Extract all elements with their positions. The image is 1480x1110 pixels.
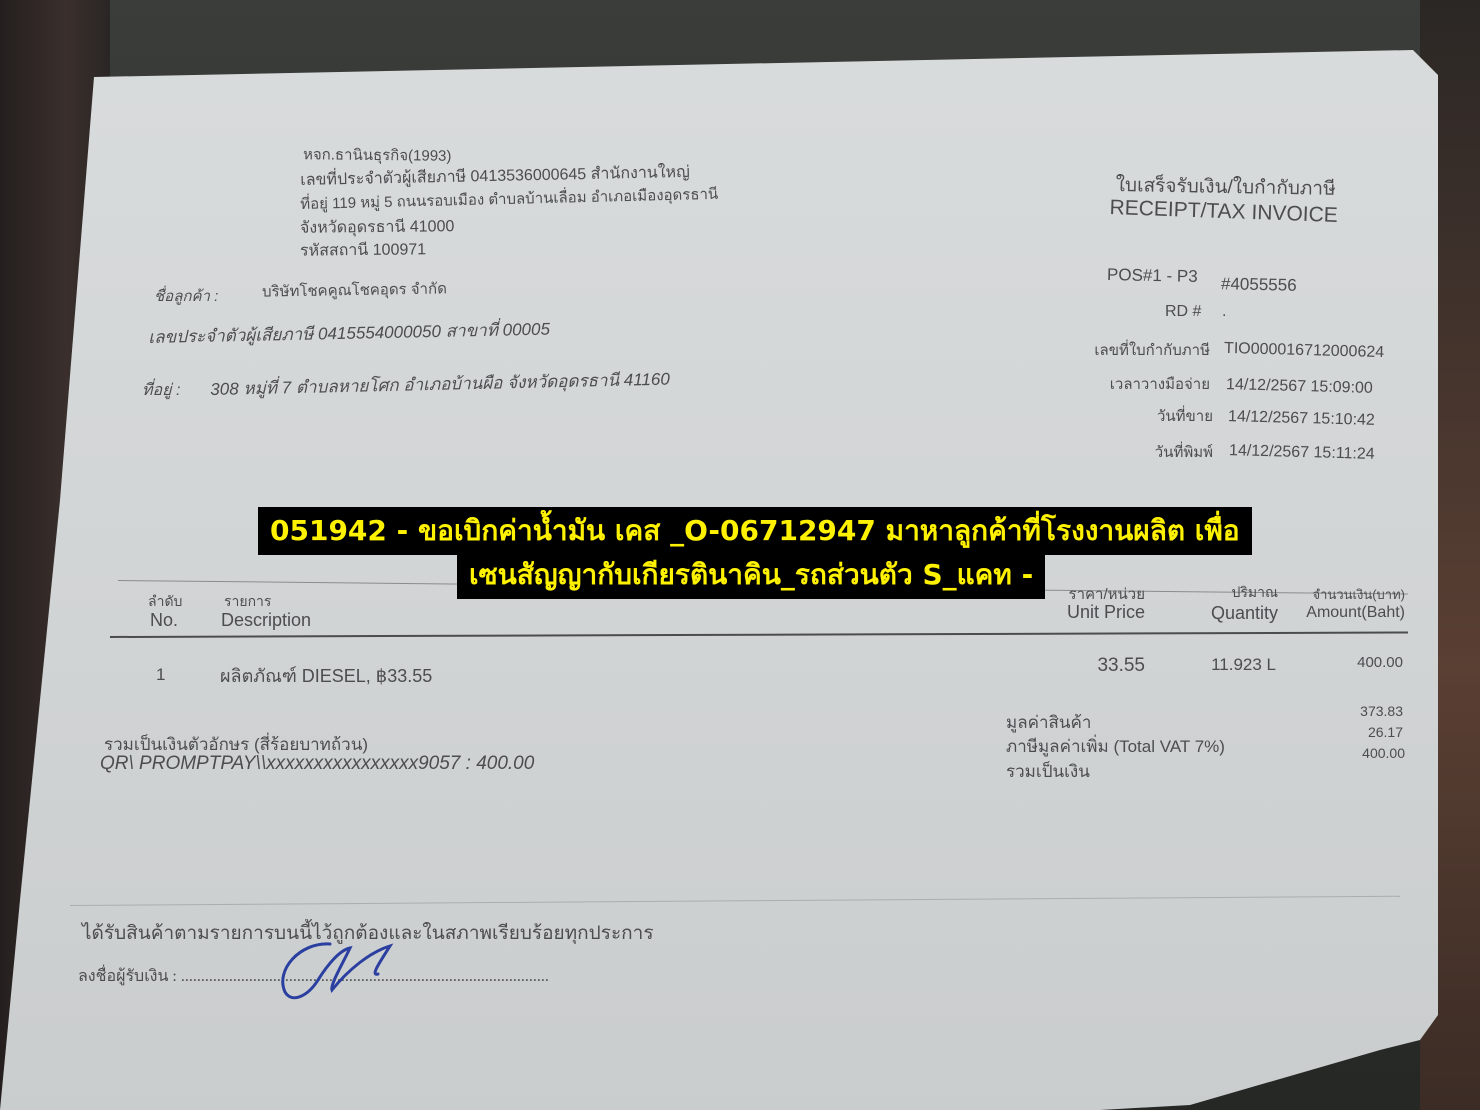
row-amount: 400.00 [1300,654,1403,671]
customer-name-label: ชื่อลูกค้า : [154,284,218,308]
row-description: ผลิตภัณฑ์ DIESEL, ฿33.55 [220,661,432,690]
signature-scribble [270,930,430,1010]
print-date: 14/12/2567 15:11:24 [1229,442,1375,464]
subtotal-value: 373.83 [1310,703,1403,719]
subtotal-label: มูลค่าสินค้า [1006,709,1091,736]
customer-address-label: ที่อยู่ : [142,378,180,403]
table-header-rule [110,631,1408,638]
customer-address: 308 หมู่ที่ 7 ตำบลหายโศก อำเภอบ้านผือ จั… [210,366,670,403]
vat-label: ภาษีมูลค่าเพิ่ม (Total VAT 7%) [1006,733,1225,760]
overlay-caption-line2: เซนสัญญากับเกียรตินาคิน_รถส่วนตัว S_แคท … [457,551,1045,599]
nozzle-time: 14/12/2567 15:09:00 [1226,376,1373,398]
col-no-en: No. [150,610,178,631]
tax-invoice-number: TIO000016712000624 [1224,340,1385,362]
total-value: 400.00 [1310,745,1405,761]
pos-number: #4055556 [1221,274,1297,296]
customer-tax-id: เลขประจำตัวผู้เสียภาษี 0415554000050 สาข… [148,316,550,351]
tax-invoice-label: เลขที่ใบกำกับภาษี [1060,338,1210,362]
nozzle-time-label: เวลาวางมือจ่าย [1060,372,1210,396]
vat-value: 26.17 [1310,724,1403,740]
col-amount-en: Amount(Baht) [1290,604,1405,622]
row-unit-price: 33.55 [1045,655,1145,677]
col-desc-en: Description [221,610,311,631]
merchant-name: หจก.ธานินธุรกิจ(1993) [303,142,452,168]
print-date-label: วันที่พิมพ์ [1060,440,1213,464]
col-qty-th: ปริมาณ [1180,582,1278,604]
merchant-address-line2: จังหวัดอุดรธานี 41000 [300,214,455,241]
col-qty-en: Quantity [1180,603,1278,624]
customer-name: บริษัทโชคคูณโชคอุดร จำกัด [262,276,447,303]
payment-line: QR\ PROMPTPAY\\xxxxxxxxxxxxxxxx9057 : 40… [100,753,534,775]
row-no: 1 [156,665,165,685]
merchant-station-code: รหัสสถานี 100971 [300,237,426,263]
pos-label: POS#1 - P3 [1107,265,1198,287]
rd-label: RD # [1165,303,1201,321]
footer-rule [70,896,1400,906]
row-quantity: 11.923 L [1180,655,1276,675]
total-label: รวมเป็นเงิน [1006,758,1090,785]
overlay-caption-line1: 051942 - ขอเบิกค่าน้ำมัน เคส _O-06712947… [258,507,1252,555]
rd-value: . [1222,303,1226,321]
sale-date: 14/12/2567 15:10:42 [1228,408,1375,430]
col-price-en: Unit Price [1045,602,1145,623]
sale-date-label: วันที่ขาย [1060,404,1213,428]
col-amount-th: จำนวนเงิน(บาท) [1290,584,1405,605]
